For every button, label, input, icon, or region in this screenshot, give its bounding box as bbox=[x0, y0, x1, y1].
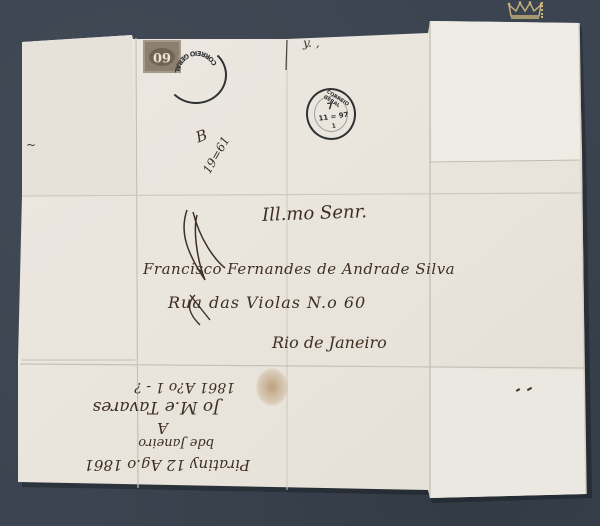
svg-text:CORREIO GERAL: CORREIO GERAL bbox=[173, 49, 219, 73]
flourish-strike-mark bbox=[175, 200, 235, 330]
docket-line4: bde Janeiro bbox=[138, 435, 214, 450]
postmark-mark: 1 bbox=[331, 122, 336, 130]
notation-marks: y. , bbox=[303, 36, 320, 50]
address-city: Rio de Janeiro bbox=[272, 333, 387, 352]
postmark-left-ring-text: CORREIO GERAL bbox=[167, 48, 225, 102]
address-salutation: Ill.mo Senr. bbox=[262, 201, 368, 226]
notation-margin-mark: ~ bbox=[26, 138, 36, 152]
docket-line5: Piratiny 12 Ag.o 1861 bbox=[84, 456, 250, 474]
postmark-left: CORREIO GERAL bbox=[165, 46, 227, 104]
docket-block: 1861 A?o 1 - ? Jo M.e Tavares A bde Jane… bbox=[20, 330, 280, 480]
paper-stain bbox=[256, 368, 288, 406]
docket-line2: Jo M.e Tavares bbox=[92, 397, 220, 417]
docket-line1: 1861 A?o 1 - ? bbox=[134, 379, 235, 395]
